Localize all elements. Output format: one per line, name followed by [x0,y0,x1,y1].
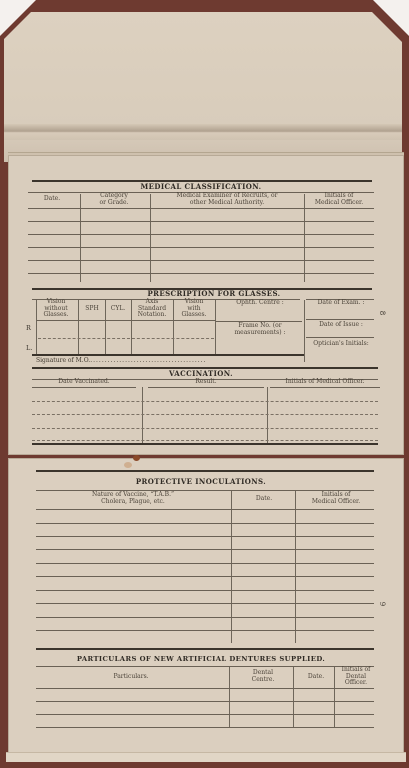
table-row [36,688,374,689]
col-cyl: CYL. [106,306,130,313]
label-line: Officer. [337,680,375,687]
table-row [36,563,374,564]
stain [124,462,132,468]
table-row [36,727,374,728]
col-sph: SPH [80,306,104,313]
table-row [28,260,374,261]
row-label-l: L. [26,344,32,352]
row-label-r: R [26,324,31,332]
frame-no-label: Frame No. (or measurements) : [218,323,302,336]
table-row [28,221,374,222]
col-date: Date. [28,196,76,203]
table-row [36,630,374,631]
label-line: measurements) : [218,330,302,337]
table-row [32,414,378,415]
flap-crease [4,124,402,140]
col-date-vaccinated: Date Vaccinated. [32,379,136,386]
medical-classification-title: MEDICAL CLASSIFICATION. [24,182,378,192]
table-row [36,617,374,618]
table-row [36,701,374,702]
table-row [28,247,374,248]
table-row [36,549,374,550]
col-date: Date. [296,674,336,681]
col-particulars: Particulars. [36,674,226,681]
signature-text: Signature of M.O. [36,357,90,364]
label-line: Notation. [132,312,172,319]
table-row [36,536,374,537]
table-row [28,208,374,209]
col-initials: Initials of Medical Officer. [306,193,372,206]
table-row [36,714,374,715]
table-row [36,576,374,577]
col-initials-mo: Initials of Medical Officer. [270,379,380,386]
col-result: Result. [148,379,264,386]
col-initials-line2: Medical Officer. [306,200,372,207]
inoculations-title: PROTECTIVE INOCULATIONS. [24,477,378,487]
table-row [32,401,378,402]
table-row [36,509,374,510]
table-row [36,523,374,524]
col-nature-of-vaccine: Nature of Vaccine, “T.A.B.” Cholera, Pla… [36,492,230,505]
stain [133,455,140,461]
page-number-bottom: 9 [378,602,386,606]
col-initials: Initials of Medical Officer. [298,492,374,505]
table-row [36,603,374,604]
col-examiner: Medical Examiner of Recruits, or other M… [152,193,302,206]
label-line: Medical Officer. [298,499,374,506]
protective-inoculations-section: PROTECTIVE INOCULATIONS. Nature of Vacci… [24,470,378,650]
col-dental-centre: Dental Centre. [232,670,294,683]
prescription-section: PRESCRIPTION FOR GLASSES. Vision without… [24,288,378,368]
vaccination-section: VACCINATION. Date Vaccinated. Result. In… [24,367,378,447]
signature-mo-label: Signature of M.O........................… [36,357,206,364]
medical-classification-section: MEDICAL CLASSIFICATION. Date. Category o… [24,180,378,280]
table-row [28,273,374,274]
label-line: Glasses. [174,312,214,319]
label-line: Cholera, Plague, etc. [36,499,230,506]
date-of-issue-label: Date of Issue : [308,322,374,329]
table-row [32,440,378,441]
label-line: Glasses. [36,312,76,319]
table-row [36,590,374,591]
col-date: Date. [234,496,294,503]
col-category-line2: or Grade. [80,200,148,207]
table-row [32,428,378,429]
dentures-section: PARTICULARS OF NEW ARTIFICIAL DENTURES S… [24,650,378,750]
col-vision-with: Vision with Glasses. [174,299,214,319]
ophth-centre-label: Ophth. Centre : [218,300,302,307]
page-number-top: 8 [378,311,386,315]
label-line: Centre. [232,677,294,684]
col-examiner-line2: other Medical Authority. [152,200,302,207]
date-of-exam-label: Date of Exam. : [308,300,374,307]
col-axis: Axis Standard Notation. [132,299,172,319]
col-category: Category or Grade. [80,193,148,206]
optician-initials-label: Optician's Initials: [308,341,374,348]
col-vision-without: Vision without Glasses. [36,299,76,319]
col-initials-dental: Initials of Dental Officer. [337,667,375,687]
page-bottom-edge [6,752,406,762]
table-row [28,234,374,235]
dentures-title: PARTICULARS OF NEW ARTIFICIAL DENTURES S… [24,654,378,664]
